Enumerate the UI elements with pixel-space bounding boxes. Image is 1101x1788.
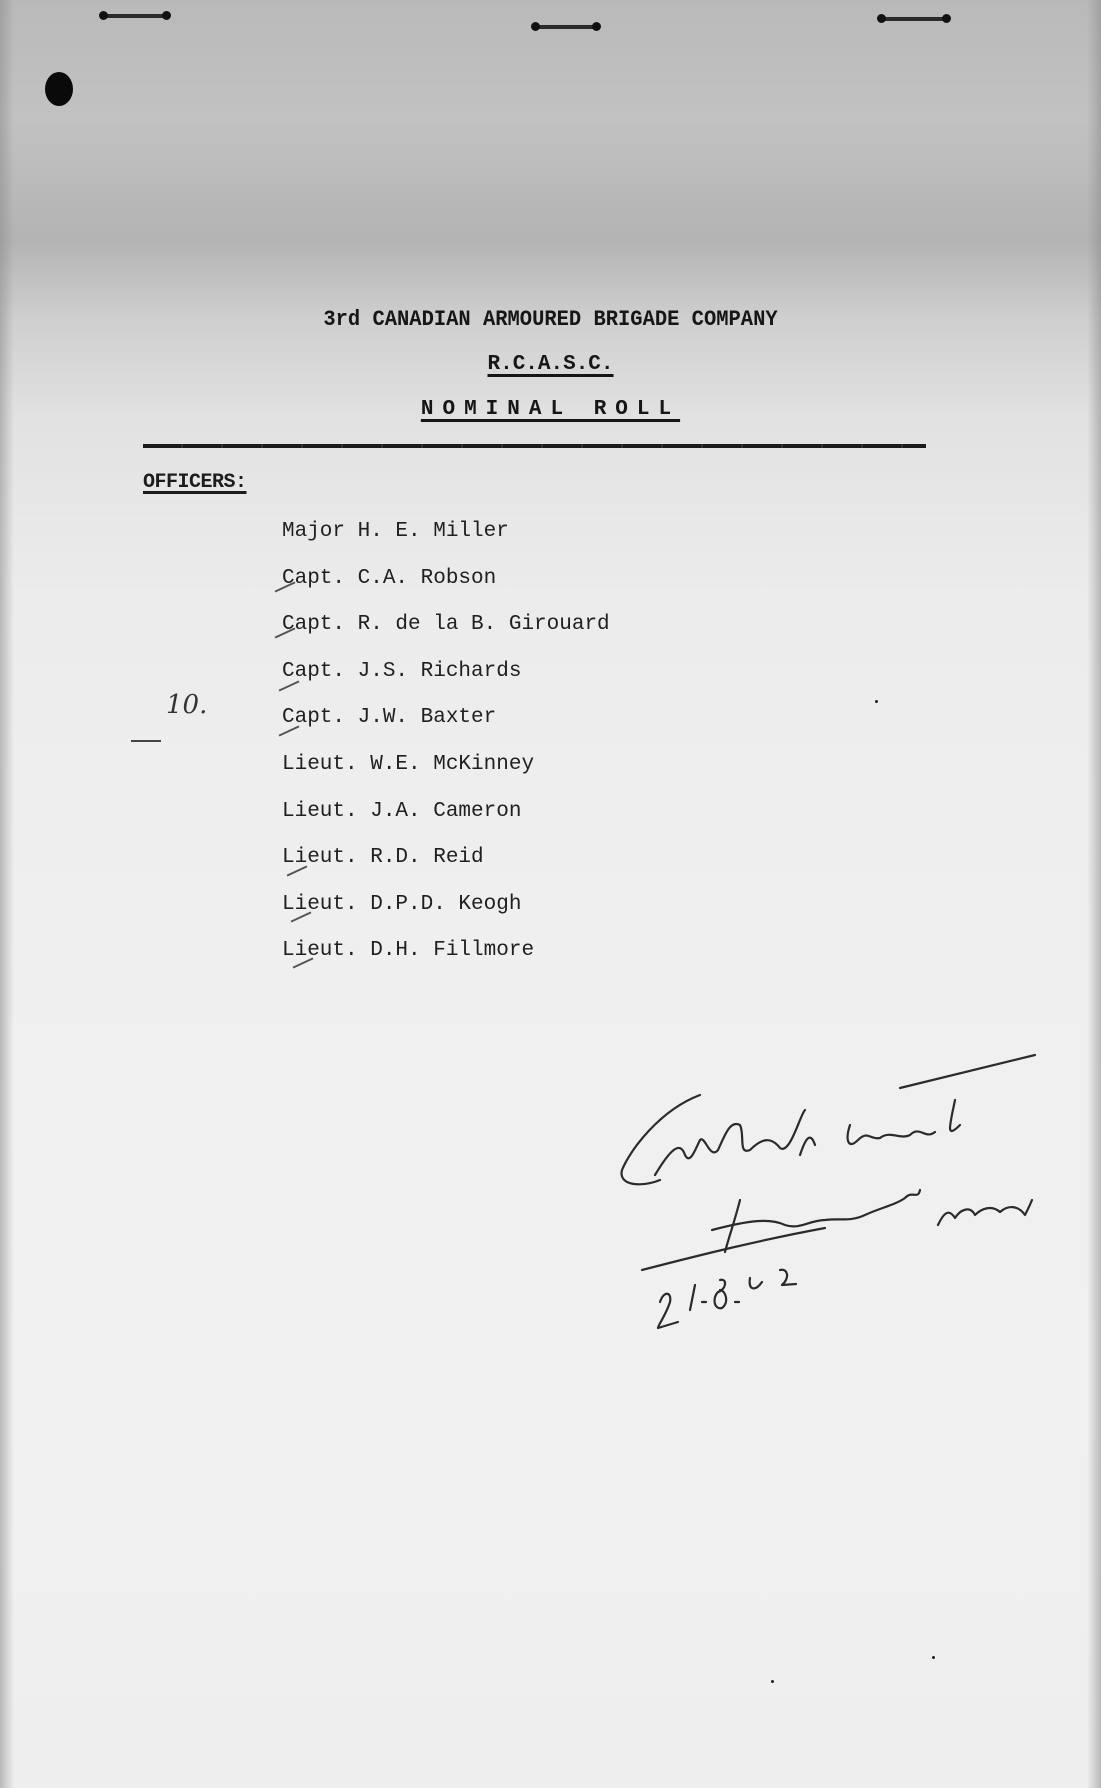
- punch-hole: [45, 72, 73, 106]
- officer-entry: Lieut. D.P.D. Keogh: [282, 891, 610, 938]
- officer-list: Major H. E. Miller Capt. C.A. Robson Cap…: [282, 518, 610, 984]
- scan-edge-right: [1087, 0, 1101, 1788]
- margin-dash: [131, 740, 161, 742]
- unit-heading: R.C.A.S.C.: [0, 353, 1101, 376]
- officer-entry: Lieut. J.A. Cameron: [282, 798, 610, 845]
- roll-heading: NOMINAL ROLL: [0, 398, 1101, 421]
- unit-heading-text: R.C.A.S.C.: [487, 353, 613, 376]
- handwriting-icon: [600, 1040, 1050, 1330]
- dust-speck: [932, 1656, 935, 1659]
- roll-heading-text: NOMINAL ROLL: [421, 398, 680, 421]
- officer-entry: Capt. R. de la B. Girouard: [282, 611, 610, 658]
- officer-entry: Lieut. R.D. Reid: [282, 844, 610, 891]
- officer-entry: Capt. J.S. Richards: [282, 658, 610, 705]
- dust-speck: [771, 1680, 774, 1683]
- staple-mark-left: [102, 14, 168, 18]
- officer-entry: Major H. E. Miller: [282, 518, 610, 565]
- margin-count-annotation: 10.: [166, 690, 207, 720]
- officers-section-label: OFFICERS:: [143, 471, 247, 494]
- officer-entry: Lieut. W.E. McKinney: [282, 751, 610, 798]
- dust-speck: [875, 700, 878, 703]
- scan-edge-left: [0, 0, 14, 1788]
- staple-mark-right: [880, 17, 948, 21]
- certification-signature: Certified correct H. Miller Maj. 21-8-42: [600, 1040, 1050, 1330]
- officer-entry: Lieut. D.H. Fillmore: [282, 937, 610, 984]
- officer-entry: Capt. C.A. Robson: [282, 565, 610, 612]
- staple-mark-center: [534, 25, 598, 29]
- document-title: 3rd CANADIAN ARMOURED BRIGADE COMPANY: [39, 307, 1063, 332]
- header-rule: [143, 444, 926, 448]
- officer-entry: Capt. J.W. Baxter: [282, 704, 610, 751]
